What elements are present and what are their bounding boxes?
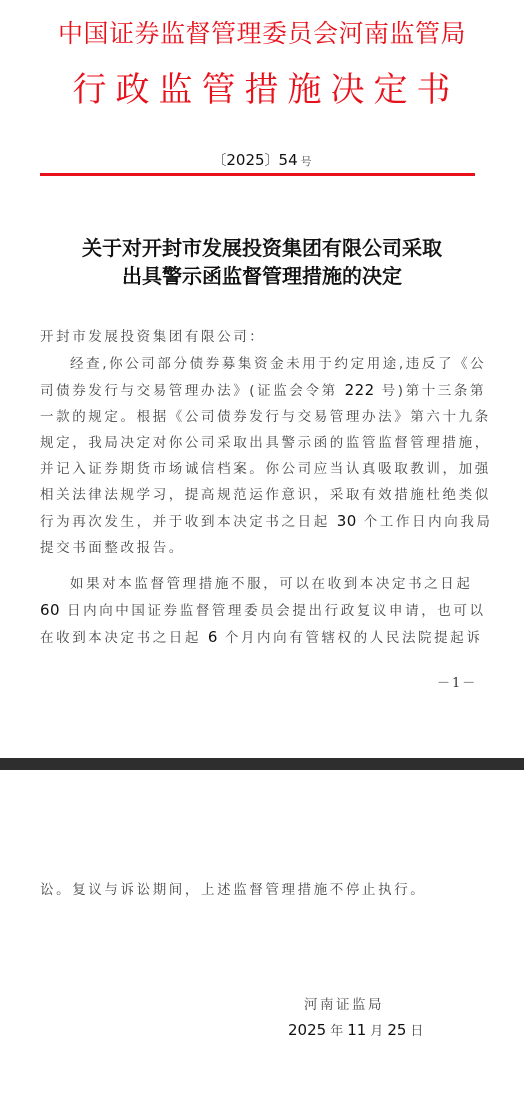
para1-line-7-a: 行为再次发生，并于收到本决定书之日起	[40, 514, 330, 530]
para1-line-1: 经查,你公司部分债券募集资金未用于约定用途,违反了《公	[40, 351, 484, 377]
paragraph-appeal-rights: 如果对本监督管理措施不服，可以在收到本决定书之日起 60 日内向中国证券监督管理…	[40, 571, 484, 651]
red-header-divider	[40, 173, 475, 176]
document-number: 〔2025〕54号	[0, 150, 524, 170]
para2-line-1: 如果对本监督管理措施不服，可以在收到本决定书之日起	[40, 571, 484, 597]
addressee: 开封市发展投资集团有限公司：	[40, 324, 484, 350]
issue-month: 11	[347, 1021, 366, 1039]
bracket-close: 〕	[265, 153, 279, 169]
deadline-days: 30	[337, 512, 357, 530]
decision-title-line-1: 关于对开封市发展投资集团有限公司采取	[0, 234, 524, 262]
para1-line-4: 规定，我局决定对你公司采取出具警示函的监管监督管理措施，	[40, 430, 484, 456]
order-number: 222	[345, 381, 375, 399]
document-type-title: 行政监管措施决定书	[0, 62, 524, 111]
para1-line-2-a: 司债券发行与交易管理办法》(证监会令第	[40, 383, 338, 399]
issue-day: 25	[387, 1021, 406, 1039]
day-unit: 日	[410, 1024, 423, 1039]
para1-line-8: 提交书面整改报告。	[40, 535, 484, 561]
para1-line-7-b: 个工作日内向我局	[364, 514, 493, 530]
decision-title: 关于对开封市发展投资集团有限公司采取 出具警示函监督管理措施的决定	[0, 234, 524, 290]
bracket-open: 〔	[212, 153, 226, 169]
para2-line-3: 在收到本决定书之日起 6 个月内向有管辖权的人民法院提起诉	[40, 624, 484, 651]
decision-title-line-2: 出具警示函监督管理措施的决定	[0, 262, 524, 290]
para1-line-7: 行为再次发生，并于收到本决定书之日起 30 个工作日内向我局	[40, 508, 484, 535]
page-break-divider	[0, 758, 524, 770]
document-page-2	[0, 770, 524, 1107]
month-unit: 月	[370, 1024, 383, 1039]
para1-line-6: 相关法律法规学习，提高规范运作意识，采取有效措施杜绝类似	[40, 482, 484, 508]
para2-line-2: 60 日内向中国证券监督管理委员会提出行政复议申请，也可以	[40, 597, 484, 624]
year-unit: 年	[330, 1024, 343, 1039]
para1-line-3: 一款的规定。根据《公司债券发行与交易管理办法》第六十九条	[40, 404, 484, 430]
para1-line-5: 并记入证券期货市场诚信档案。你公司应当认真吸取教训，加强	[40, 456, 484, 482]
para1-line-2-b: 号)第十三条第	[382, 383, 486, 399]
para2-line-3-b: 个月内向有管辖权的人民法院提起诉	[225, 630, 483, 646]
lawsuit-months: 6	[208, 628, 218, 646]
document-serial: 54	[279, 151, 298, 169]
page-number: －1－	[437, 672, 477, 691]
document-year: 2025	[226, 151, 264, 169]
issue-date: 2025年11月25日	[288, 1020, 427, 1039]
paragraph-continuation: 讼。复议与诉讼期间，上述监督管理措施不停止执行。	[40, 878, 426, 898]
paragraph-findings: 经查,你公司部分债券募集资金未用于约定用途,违反了《公 司债券发行与交易管理办法…	[40, 351, 484, 561]
para1-line-2: 司债券发行与交易管理办法》(证监会令第 222 号)第十三条第	[40, 377, 484, 404]
review-days: 60	[40, 601, 60, 619]
issue-year: 2025	[288, 1021, 326, 1039]
document-number-suffix: 号	[301, 155, 312, 168]
issuing-organization: 中国证券监督管理委员会河南监管局	[0, 14, 524, 50]
para2-line-2-text: 日内向中国证券监督管理委员会提出行政复议申请，也可以	[67, 603, 486, 619]
para2-line-3-a: 在收到本决定书之日起	[40, 630, 201, 646]
issuer-signature: 河南证监局	[304, 993, 384, 1013]
document-page-1: 中国证券监督管理委员会河南监管局 行政监管措施决定书 〔2025〕54号 关于对…	[0, 0, 524, 758]
